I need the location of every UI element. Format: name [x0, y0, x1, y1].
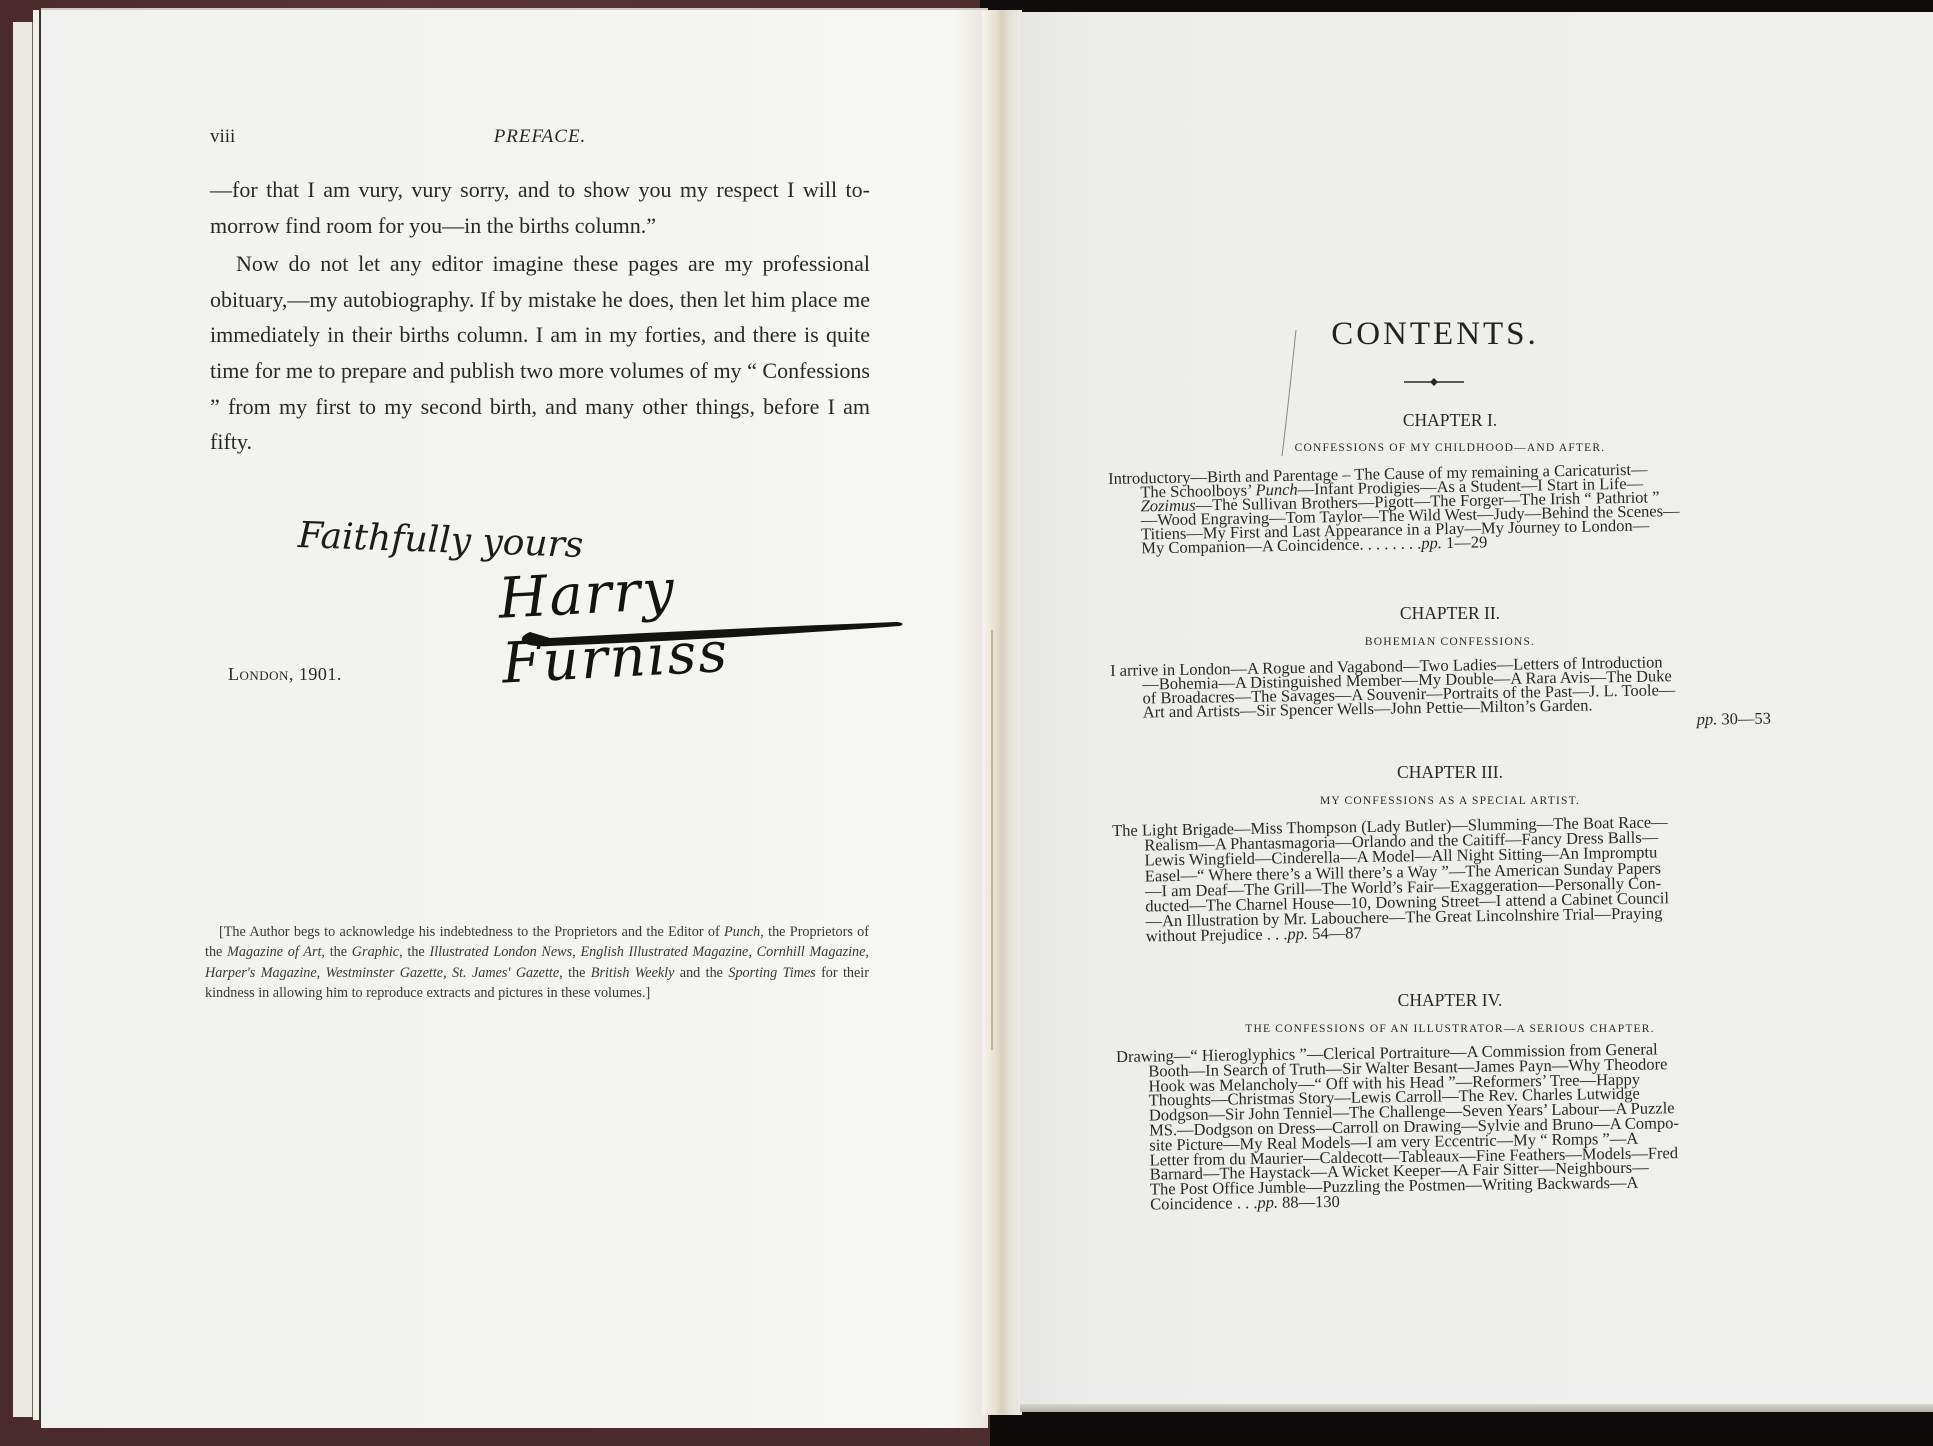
footnote-title: Punch [724, 924, 760, 940]
page-bottom-edge [1020, 1404, 1933, 1412]
running-head: viii PREFACE. [210, 126, 870, 152]
page-edge-stack [13, 22, 33, 1417]
page-range: pp. 54—87 [1287, 923, 1362, 943]
footnote-text: , the [399, 944, 429, 960]
book-cover-bottom [0, 1425, 960, 1446]
running-head-title: PREFACE. [210, 126, 870, 148]
footnote-text: , the [559, 965, 591, 981]
paragraph: Now do not let any editor imagine these … [210, 246, 870, 460]
signature-underline-swash [510, 612, 910, 652]
footnote-text: [The Author begs to acknowledge his inde… [219, 924, 724, 940]
chapter-synopsis: Introductory—Birth and Parentage – The C… [1108, 460, 1769, 556]
paragraph: —for that I am vury, vury sorry, and to … [210, 172, 870, 243]
footnote-title: Sporting Times [728, 965, 815, 981]
footnote-title: Graphic [352, 944, 399, 960]
background-bottom-right [990, 1412, 1933, 1446]
chapter-heading: CHAPTER III. [1100, 762, 1800, 783]
footnote-text: and the [674, 965, 728, 981]
chapter-title: THE CONFESSIONS OF AN ILLUSTRATOR—A SERI… [1100, 1023, 1800, 1035]
acknowledgement-footnote: [The Author begs to acknowledge his inde… [205, 922, 869, 1004]
chapter-heading: CHAPTER IV. [1100, 990, 1800, 1011]
chapter-title: CONFESSIONS OF MY CHILDHOOD—AND AFTER. [1100, 442, 1800, 454]
binding-thread [991, 630, 993, 1050]
preface-body: —for that I am vury, vury sorry, and to … [210, 172, 870, 460]
chapter-heading: CHAPTER II. [1100, 603, 1800, 624]
footnote-title: Magazine of Art [227, 944, 321, 960]
synopsis-line-text: without Prejudice . . . [1146, 925, 1288, 946]
signature: Faithfully yours Harry Furniss [290, 520, 910, 650]
place-date: London, 1901. [228, 664, 342, 685]
synopsis-line-text: Coincidence . . . [1150, 1193, 1257, 1213]
page-range: pp. 88—130 [1257, 1192, 1340, 1212]
chapter-title: MY CONFESSIONS AS A SPECIAL ARTIST. [1100, 795, 1800, 807]
chapter-synopsis: Drawing—“ Hieroglyphics ”—Clerical Portr… [1116, 1041, 1778, 1213]
book-gutter [982, 10, 1022, 1415]
page-range: pp. 1—29 [1421, 532, 1487, 552]
divider-ornament [1404, 376, 1464, 388]
contents-title: CONTENTS. [1120, 316, 1750, 353]
chapter-heading: CHAPTER I. [1100, 410, 1800, 431]
footnote-text: , the [321, 944, 351, 960]
chapter-title: BOHEMIAN CONFESSIONS. [1100, 636, 1800, 648]
page-edge-stack-inner [33, 10, 41, 1420]
chapter-synopsis: I arrive in London—A Rogue and Vagabond—… [1110, 654, 1771, 738]
signature-closing: Faithfully yours [297, 515, 584, 566]
footnote-title: British Weekly [591, 965, 675, 981]
chapter-synopsis: The Light Brigade—Miss Thompson (Lady Bu… [1112, 813, 1774, 945]
